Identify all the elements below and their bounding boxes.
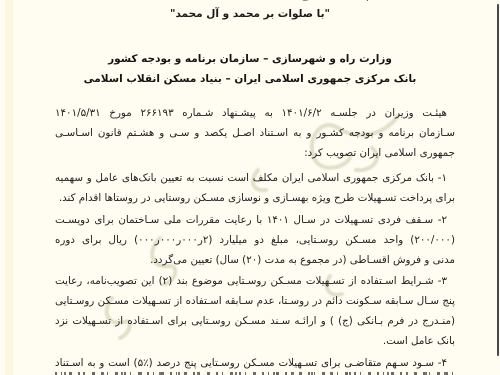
text-line: سـازمان برنامه و بودجه کشـور و به اسـتنا… [55, 124, 455, 144]
text-line: ۴- سـود سـهم متقاضـی برای تسـهیلات مسـکن… [55, 354, 455, 374]
scan-edge-line [497, 4, 499, 356]
text-line: ۱- بانک مرکزی جمهوری اسلامی ایران مکلف ا… [55, 169, 455, 189]
addressee-line-2: بانک مرکزی جمهوری اسلامی ایران – بنیاد م… [0, 73, 500, 85]
text-line: جمهوری اسلامی ایران تصویب کرد: [55, 144, 455, 164]
paragraph-0: هیئـت وزیران در جلسـه ۱۴۰۱/۶/۲ به پیشـنه… [55, 104, 455, 163]
paragraph-2: ۲- سـقف فردی تسـهیلات در سـال ۱۴۰۱ با رع… [55, 211, 455, 270]
text-line: ۲- سـقف فردی تسـهیلات در سـال ۱۴۰۱ با رع… [55, 211, 455, 231]
text-line: پنج سـال سـابقه سـکونت دائم در روسـتا، ع… [55, 292, 455, 312]
text-line: برای پرداخت تسـهیلات طرح ویژه بهسـازی و … [55, 189, 455, 209]
text-line: مدنی و فروش اقسـاطی (در مجموع به مدت (۲۰… [55, 251, 455, 271]
addressee-line-1: وزارت راه و شهرسازی – سازمان برنامه و بو… [0, 53, 500, 65]
paragraph-1: ۱- بانک مرکزی جمهوری اسلامی ایران مکلف ا… [55, 169, 455, 209]
text-line: بانک عامل است. [55, 332, 455, 352]
text-line: (منـدرج در فرم بـانکی (ج) ) و ارائـه سـن… [55, 312, 455, 332]
document-body: هیئـت وزیران در جلسـه ۱۴۰۱/۶/۲ به پیشـنه… [55, 104, 455, 373]
top-cutoff-text: بسمه تعالی [301, 0, 370, 2]
text-line: هیئـت وزیران در جلسـه ۱۴۰۱/۶/۲ به پیشـنه… [55, 104, 455, 124]
text-line: (۲۰۰/۰۰۰) واحد مسـکن روسـتایی، مبلغ دو م… [55, 231, 455, 251]
scanned-document-page: بسمه تعالی "با صلوات بر محمد و آل محمد" … [0, 0, 500, 375]
paragraph-4: ۴- سـود سـهم متقاضـی برای تسـهیلات مسـکن… [55, 354, 455, 374]
salutation-line: "با صلوات بر محمد و آل محمد" [0, 8, 500, 20]
paragraph-3: ۳- شـرایط اسـتفاده از تسـهیلات مسـکن روس… [55, 272, 455, 351]
top-cutoff-line: بسمه تعالی [255, 0, 415, 2]
text-line: ۳- شـرایط اسـتفاده از تسـهیلات مسـکن روس… [55, 272, 455, 292]
